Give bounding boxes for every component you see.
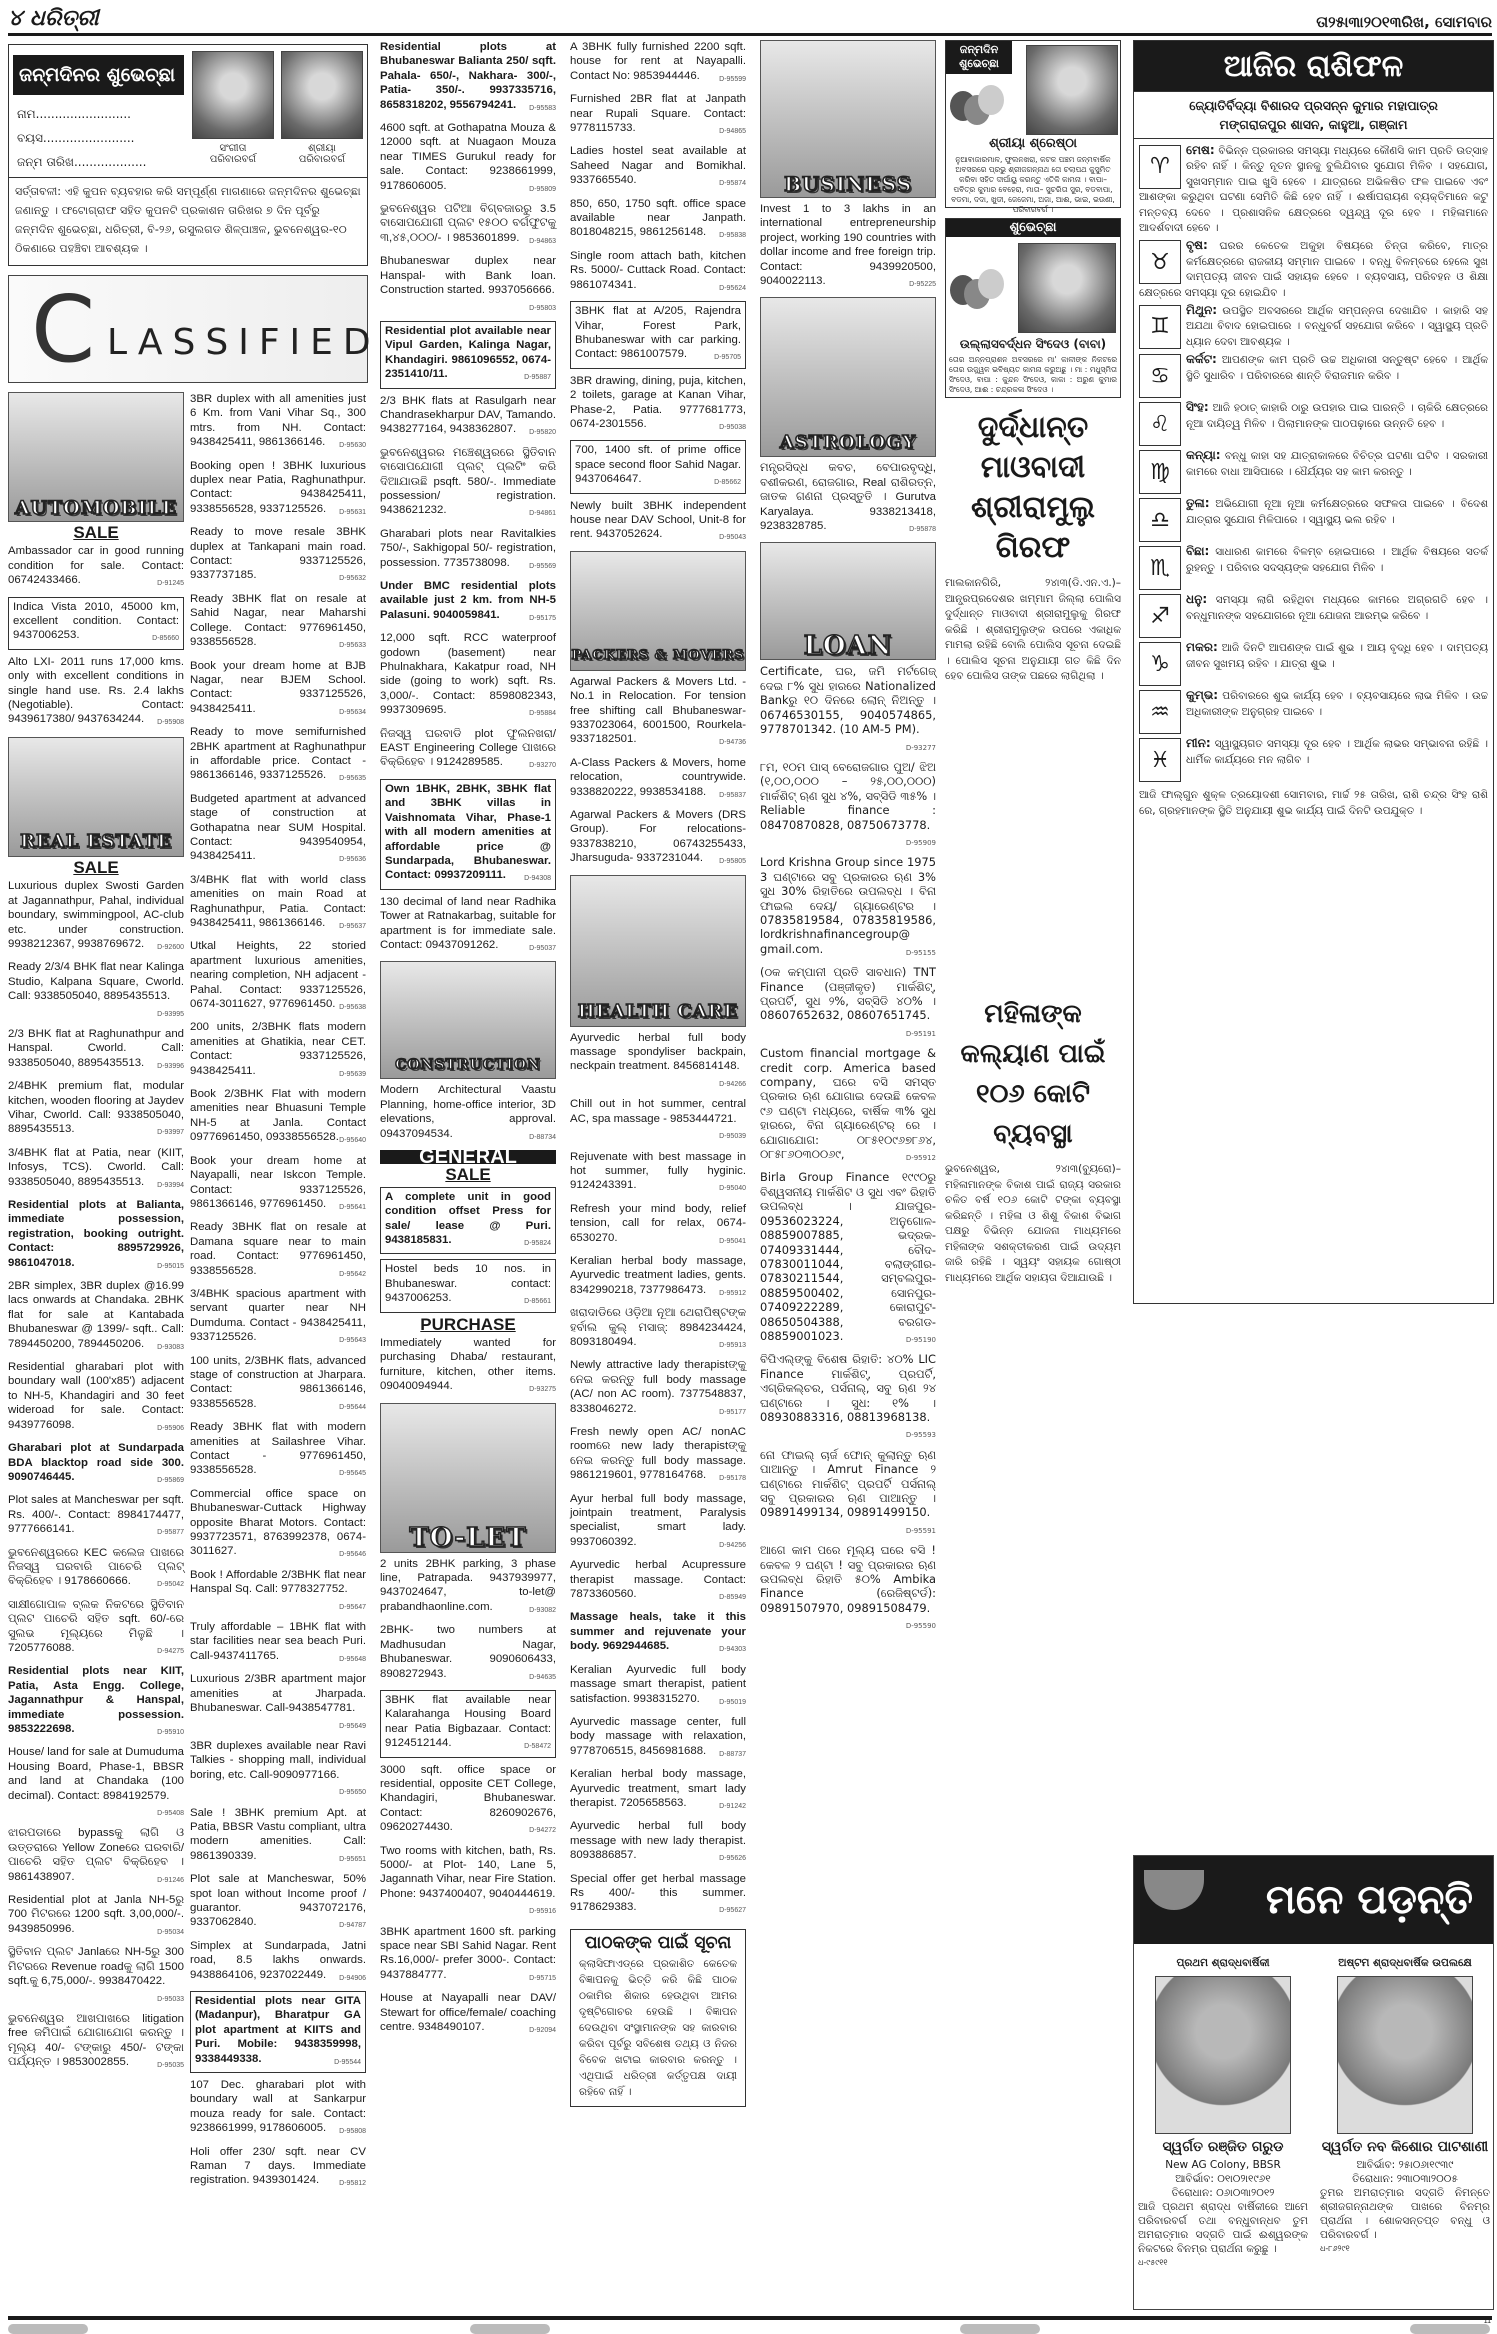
news-body-2: ଭୁବନେଶ୍ୱର, ୨୪ା୩(ବ୍ୟୁରୋ)– ମହିଳାମାନଙ୍କ ବିକ…	[945, 1162, 1121, 1286]
classified-ad: Utkal Heights, 22 storied apartment luxu…	[190, 939, 366, 1015]
classified-ad: Bhubaneswar duplex near Hanspal- with Ba…	[380, 254, 556, 316]
automobile-banner: AUTOMOBILE	[8, 392, 184, 522]
ad-code: D-95599	[719, 73, 746, 87]
classified-ad: ସାକ୍ଷୀଗୋପାଳ ବ୍ଲକ ନିକଟରେ ସ୍ଥିତିବାନ ପ୍ଲଟ ପ…	[8, 1598, 184, 1660]
ad-code: D-95869	[157, 1474, 184, 1488]
ad-code: D-95651	[339, 1853, 366, 1867]
ad-code: D-85660	[152, 632, 179, 646]
tolet-banner: TO-LET	[380, 1403, 556, 1553]
memorial-person: ଅଷ୍ଟମ ଶ୍ରାଦ୍ଧବାର୍ଷିକ ଉପଲକ୍ଷେ ସ୍ୱର୍ଗତ ନବ …	[1320, 1956, 1490, 2256]
classified-ad: Plot sale at Mancheswar, 50% spot loan w…	[190, 1872, 366, 1934]
ad-code: D-92600	[157, 941, 184, 955]
wish-greeting: ଶୁଭେଚ୍ଛା ଉଲ୍ଲାସବର୍ଦ୍ଧନ ସିଂଦେଓ (ବାବା) ତୋର…	[945, 218, 1121, 398]
classified-ad: Gharabari plot at Sundarpada BDA blackto…	[8, 1441, 184, 1488]
classified-ad: Chill out in hot summer, central AC, spa…	[570, 1097, 746, 1144]
ad-code: D-95638	[339, 1001, 366, 1015]
classified-ad: Furnished 2BR flat at Janpath near Rupal…	[570, 92, 746, 139]
classified-ad: ନୋ ଫାଇଲ୍ ଚାର୍ଜ ଫୋନ୍ କୁଲାନ୍ତୁ ଋଣ ପାଆନ୍ତୁ …	[760, 1448, 936, 1538]
ad-code: D-93997	[157, 1126, 184, 1140]
page-tab	[470, 2324, 550, 2334]
child-photo	[1026, 45, 1118, 135]
memorial-section: ମନେ ପଡ଼ନ୍ତି ପ୍ରଥମ ଶ୍ରାଦ୍ଧବାର୍ଷିକୀ ସ୍ୱର୍ଗ…	[1133, 1855, 1494, 2310]
classified-ad: 3/4BHK spacious apartment with servant q…	[190, 1287, 366, 1349]
classified-ad: Holi offer 230/ sqft. near CV Raman 7 da…	[190, 2145, 366, 2192]
ad-code: D-95640	[339, 1134, 366, 1148]
lion-icon: ♌	[1139, 402, 1181, 446]
ad-code: D-95803	[529, 302, 556, 316]
healthcare-banner: HEALTH CARE	[570, 875, 746, 1027]
ad-code: D-94256	[719, 1539, 746, 1553]
classified-ad: Agarwal Packers & Movers Ltd. - No.1 in …	[570, 675, 746, 751]
ad-code: D-93083	[157, 1341, 184, 1355]
classified-ad: 3000 sqft. office space or residential, …	[380, 1763, 556, 1839]
classified-ad: 3BHK flat available near Kalarahanga Hou…	[380, 1690, 556, 1758]
fish-icon: ♓	[1139, 738, 1181, 782]
loan-banner: LOAN	[760, 542, 936, 660]
classified-ad: Simplex at Sundarpada, Jatni road, 8.5 l…	[190, 1939, 366, 1986]
classified-ad: Two rooms with kitchen, bath, Rs. 5000/-…	[380, 1844, 556, 1920]
classified-ad: Residential plot at Janla NH-5ରୁ 700 ମିଟ…	[8, 1893, 184, 1940]
horoscope-section: ଆଜିର ରାଶିଫଳ ଜ୍ୟୋତିର୍ବିଦ୍ୟା ବିଶାରଦ ପ୍ରସନ୍…	[1133, 40, 1494, 1304]
ad-code: D-95178	[719, 1472, 746, 1486]
classified-ad: Gharabari plots near Ravitalkies 750/-, …	[380, 527, 556, 574]
ad-code: D-94863	[529, 235, 556, 249]
classified-ad: 2BHK- two numbers at Madhusudan Nagar, B…	[380, 1623, 556, 1685]
classified-ad: Special offer get herbal massage Rs 400/…	[570, 1872, 746, 1919]
horoscope-title: ଆଜିର ରାଶିଫଳ	[1133, 40, 1494, 92]
ad-code: D-93270	[529, 759, 556, 773]
classified-ad: 107 Dec. gharabari plot with boundary wa…	[190, 2078, 366, 2140]
classified-ad: Ready to move resale 3BHK duplex at Tank…	[190, 525, 366, 587]
ad-code: D-95645	[339, 1467, 366, 1481]
ad-code: D-95040	[719, 1182, 746, 1196]
news-body-1: ମାଲକାନଗିରି, ୨୪ା୩(ଡି.ଏନ.ଏ.)– ଆନ୍ଧ୍ରପ୍ରଦେଶ…	[945, 576, 1121, 986]
photo-shriya	[281, 51, 363, 139]
classified-ad: 2BR simplex, 3BR duplex @16.99 lacs onwa…	[8, 1279, 184, 1355]
classified-ad: Ayurvedic herbal Acupressure therapist m…	[570, 1558, 746, 1605]
classified-ad: 3BR duplex with all amenities just 6 Km.…	[190, 392, 366, 454]
horoscope-sign: ♏ବିଛା: ସାଧାରଣ କାମରେ ବିଳମ୍ବ ହୋଇପାରେ । ଆର୍…	[1139, 544, 1488, 590]
photo-caption: ସଂଗୀତାପରିବାରବର୍ଗ	[192, 143, 274, 165]
classified-ad: Ladies hostel seat available at Saheed N…	[570, 144, 746, 191]
classified-ad: Keralian herbal body massage, Ayurvedic …	[570, 1767, 746, 1814]
page-label: ୪ ଧରିତ୍ରୀ	[8, 6, 99, 31]
horoscope-sign: ♒କୁମ୍ଭ: ପରିବାରରେ ଶୁଭ କାର୍ଯ୍ୟ ହେବ । ବ୍ୟବସ…	[1139, 688, 1488, 734]
classified-ad: Ready 3BHK flat on resale at Sahid Nagar…	[190, 592, 366, 654]
classified-ad: Modern Architectural Vaastu Planning, ho…	[380, 1083, 556, 1145]
ad-code: D-95590	[906, 1619, 936, 1633]
panji-note: ଆଜି ଫାଲ୍‌ଗୁନ ଶୁକ୍ଳ ତ୍ରୟୋଦଶୀ ସୋମବାର, ମାର୍…	[1139, 788, 1488, 819]
ad-code: D-85662	[714, 476, 741, 490]
ad-code: D-93277	[906, 741, 936, 755]
ad-code: D-95635	[339, 772, 366, 786]
classified-ad: Commercial office space on Bhubaneswar-C…	[190, 1487, 366, 1563]
business-banner: BUSINESS	[760, 40, 936, 198]
ad-code: D-95820	[529, 426, 556, 440]
reader-notice: ପାଠକଙ୍କ ପାଇଁ ସୂଚନା କ୍ଲାସିଫାଏଡ୍‌ରେ ପ୍ରକାଶ…	[570, 1929, 746, 2107]
memorial-person: ପ୍ରଥମ ଶ୍ରାଦ୍ଧବାର୍ଷିକୀ ସ୍ୱର୍ଗତ ରଞ୍ଜିତ ଗରୁ…	[1138, 1956, 1308, 2270]
classified-ad: Refresh your mind body, relief tension, …	[570, 1202, 746, 1249]
dob-field[interactable]: ଜନ୍ମ ତାରିଖ...................	[17, 155, 146, 170]
classified-ad: Single room attach bath, kitchen Rs. 500…	[570, 249, 746, 296]
ad-code: D-95916	[529, 1905, 556, 1919]
classified-ad: Hostel beds 10 nos. in Bhubaneswar. cont…	[380, 1259, 556, 1312]
classified-ad: 3BR drawing, dining, puja, kitchen, 2 to…	[570, 374, 746, 436]
classified-ad: Ready to move semifurnished 2BHK apartme…	[190, 725, 366, 787]
classified-ad: Luxurious 2/3BR apartment major amenitie…	[190, 1672, 366, 1734]
ad-code: D-95643	[339, 1334, 366, 1348]
ad-code: D-95043	[719, 531, 746, 545]
classified-ad: Massage heals, take it this summer and r…	[570, 1610, 746, 1657]
ad-code: D-95042	[157, 1578, 184, 1592]
ad-code: D-95824	[524, 1237, 551, 1251]
classified-ad: Fresh newly open AC/ nonAC roomରେ new la…	[570, 1425, 746, 1487]
column-2: 3BR duplex with all amenities just 6 Km.…	[190, 392, 366, 2197]
ad-code: D-94787	[339, 1919, 366, 1933]
birthday-coupon: ଜନ୍ମଦିନର ଶୁଭେଚ୍ଛା ନାମ...................…	[8, 44, 368, 266]
horoscope-sign: ♈ମେଷ: ବିଭିନ୍ନ ପ୍ରକାରର ସମସ୍ୟା ମଧ୍ୟରେ କୌଣସ…	[1139, 143, 1488, 236]
ad-code: D-95175	[529, 612, 556, 626]
horoscope-sign: ♓ମୀନ: ସ୍ୱାସ୍ଥ୍ୟଗତ ସମସ୍ୟା ଦୂର ହେବ । ଆର୍ଥି…	[1139, 736, 1488, 782]
classified-ad: Agarwal Packers & Movers (DRS Group). Fo…	[570, 808, 746, 870]
ad-code: D-95544	[334, 2056, 361, 2070]
ad-code: D-91245	[157, 577, 184, 591]
ad-code: D-95637	[339, 920, 366, 934]
ad-code: D-95033	[157, 1993, 184, 2007]
ad-code: D-94272	[529, 1824, 556, 1838]
classified-ad: Alto LXI- 2011 runs 17,000 kms. only wit…	[8, 655, 184, 731]
ad-code: D-95838	[719, 229, 746, 243]
horoscope-sign: ♌ସିଂହ: ଆଜି ହଠାତ୍ କାହାରି ଠାରୁ ଉପହାର ପାଇ ପ…	[1139, 400, 1488, 446]
sale-heading: SALE	[8, 526, 184, 540]
ad-code: D-95705	[714, 351, 741, 365]
ad-code: D-94303	[719, 1643, 746, 1657]
twins-icon: ♊	[1139, 305, 1181, 349]
page-tab	[960, 2324, 1040, 2334]
classified-ad: ୮ମ, ୧୦ମ ପାସ୍ ବେରୋଜଗାର ପୁଅ/ ଝିଅ (୧,୦୦,୦୦୦…	[760, 760, 936, 850]
diya-lamp-icon	[1144, 1870, 1204, 1910]
classified-ad: Budgeted apartment at advanced stage of …	[190, 792, 366, 868]
ad-code: D-93275	[529, 1383, 556, 1397]
ad-code: D-94865	[719, 125, 746, 139]
ad-code: D-95593	[906, 1428, 936, 1442]
classified-ad: ଖରାଦାଡିରେ ଓଡ଼ିଆ ନୂଆ ଥେରାପିଷ୍ଟଙ୍କ ହର୍ବାଲ …	[570, 1306, 746, 1353]
archer-icon: ♐	[1139, 594, 1181, 638]
packers-banner: PACKERS & MOVERS	[570, 551, 746, 671]
classified-ad: 100 units, 2/3BHK flats, advanced stage …	[190, 1354, 366, 1416]
classified-ad: A complete unit in good condition offset…	[380, 1187, 556, 1255]
classified-ad: 3BR duplexes available near Ravi Talkies…	[190, 1739, 366, 1801]
ad-code: D-95878	[909, 523, 936, 537]
classified-ad: 700, 1400 sft. of prime office space sec…	[570, 440, 746, 493]
column-4: A 3BHK fully furnished 2200 sqft. house …	[570, 40, 746, 2107]
classified-ad: Book ! Affordable 2/3BHK flat near Hansp…	[190, 1568, 366, 1615]
ad-code: D-95626	[719, 1852, 746, 1866]
ad-code: D-95887	[524, 371, 551, 385]
horoscope-sign: ♍କନ୍ୟା: ବନ୍ଧୁ କାହା ସହ ଯାତ୍ରାକାଳରେ ବିଚିତ୍…	[1139, 448, 1488, 494]
column-5: BUSINESS Invest 1 to 3 lakhs in an inter…	[760, 40, 936, 1639]
horoscope-body: ♈ମେଷ: ବିଭିନ୍ନ ପ୍ରକାରର ସମସ୍ୟା ମଧ୍ୟରେ କୌଣସ…	[1133, 139, 1494, 1304]
ad-code: D-95913	[719, 1339, 746, 1353]
ram-icon: ♈	[1139, 145, 1181, 189]
horoscope-sign: ♐ଧନୁ: ସମସ୍ୟା ଲାଗି ରହିଥିବା ମଧ୍ୟରେ କାମରେ ଅ…	[1139, 592, 1488, 638]
maiden-icon: ♍	[1139, 450, 1181, 494]
ad-code: D-95634	[339, 706, 366, 720]
ad-code: D-94275	[157, 1645, 184, 1659]
ad-code: D-94736	[719, 736, 746, 750]
classified-ad: Newly built 3BHK independent house near …	[570, 499, 746, 546]
ad-code: D-95591	[906, 1524, 936, 1538]
ad-code: D-95805	[719, 855, 746, 869]
classified-ad: 3/4BHK flat at Patia, near (KIIT, Infosy…	[8, 1146, 184, 1193]
ad-code: D-94861	[529, 507, 556, 521]
classified-ad: ଭୁବନେଶ୍ୱରରେ KEC କଲେଜ ପାଖରେ ନିଜସ୍ୱ ଘରବାରି…	[8, 1546, 184, 1593]
classified-ad: A 3BHK fully furnished 2200 sqft. house …	[570, 40, 746, 87]
classified-ad: Residential plots near KIIT, Patia, Asta…	[8, 1664, 184, 1740]
classified-ad: Plot sales at Mancheswar per sqft. Rs. 4…	[8, 1493, 184, 1540]
portrait-photo	[1155, 1976, 1291, 2134]
scales-icon: ♎	[1139, 498, 1181, 542]
real-estate-banner: REAL ESTATE	[8, 737, 184, 857]
ad-code: D-95627	[719, 1904, 746, 1918]
classified-ad: 3BHK flat at A/205, Rajendra Vihar, Fore…	[570, 301, 746, 369]
waterbearer-icon: ♒	[1139, 690, 1181, 734]
ad-code: D-95632	[339, 572, 366, 586]
classified-ad: Luxurious duplex Swosti Garden at Jagann…	[8, 879, 184, 955]
classified-ad: A-Class Packers & Movers, home relocatio…	[570, 756, 746, 803]
classified-ad: 850, 650, 1750 sqft. office space availa…	[570, 197, 746, 244]
classified-ad: Residential plots at Balianta, immediate…	[8, 1198, 184, 1274]
sale-heading: SALE	[380, 1168, 556, 1182]
ad-code: D-95225	[909, 278, 936, 292]
birthday-greeting: ଜନ୍ମଦିନ ଶୁଭେଚ୍ଛା ଶ୍ରୀୟା ଶ୍ରେଷ୍ଠା ନୁଆବାଜା…	[945, 40, 1121, 208]
ad-code: D-95177	[719, 1406, 746, 1420]
classified-ad: Ready 3BHK flat on resale at Damana squa…	[190, 1220, 366, 1282]
ad-code: D-95035	[157, 2059, 184, 2073]
ad-code: D-95019	[719, 1696, 746, 1710]
ad-code: D-95636	[339, 853, 366, 867]
classified-ad: Truly affordable – 1BHK flat with star f…	[190, 1620, 366, 1667]
bull-icon: ♉	[1139, 240, 1181, 284]
ad-code: D-95909	[906, 836, 936, 850]
classified-ad: Certificate, ଘର, ଜମି ମର୍ଟଗେଜ୍ ଦେଇ ୮% ସୁଧ…	[760, 664, 936, 754]
ad-code: D-95034	[157, 1926, 184, 1940]
ad-code: D-95877	[157, 1526, 184, 1540]
ad-code: D-95041	[719, 1235, 746, 1249]
classified-ad: Booking open ! 3BHK luxurious duplex nea…	[190, 459, 366, 521]
ad-code: D-95908	[157, 716, 184, 730]
classified-ad: Keralian herbal body massage, Ayurvedic …	[570, 1254, 746, 1301]
coupon-terms: ସର୍ତ୍ତାବଳୀ: ଏହି କୁପନ ବ୍ୟବହାର କରି ସମ୍ପୂର୍…	[9, 177, 367, 262]
ad-code: D-93994	[157, 1179, 184, 1193]
column-1: AUTOMOBILE SALE Ambassador car in good r…	[8, 392, 184, 2079]
classified-ad: Book your dream home at BJB Nagar, near …	[190, 659, 366, 721]
goat-icon: ♑	[1139, 642, 1181, 686]
classified-ad: 2 units 2BHK parking, 3 phase line, Patr…	[380, 1557, 556, 1619]
ad-code: D-95644	[339, 1401, 366, 1415]
ad-code: D-91242	[719, 1800, 746, 1814]
memorial-banner: ମନେ ପଡ଼ନ୍ତି	[1134, 1856, 1493, 1944]
classified-ad: Keralian Ayurvedic full body massage sma…	[570, 1663, 746, 1710]
ad-code: D-95648	[339, 1653, 366, 1667]
ad-code: D-95630	[339, 439, 366, 453]
page-header: ୪ ଧରିତ୍ରୀ ତା୨୫ା୩ା୨୦୧୩ରିଖ, ସୋମବାର	[8, 4, 1492, 36]
classified-ad: 4600 sqft. at Gothapatna Mouza & 12000 s…	[380, 121, 556, 197]
ad-code: D-95639	[339, 1068, 366, 1082]
classified-ad: 12,000 sqft. RCC waterproof godown (base…	[380, 631, 556, 721]
ad-code: D-95812	[339, 2177, 366, 2191]
ad-code: D-95583	[529, 102, 556, 116]
classified-ad: ବିପିଏଲ୍‌ଙ୍କୁ ବିଶେଷ ରିହାତି: ୪୦% LIC Finan…	[760, 1352, 936, 1442]
ad-code: D-95190	[906, 1333, 936, 1347]
horoscope-sign: ♎ତୁଳା: ଅଭିଯୋଗୀ ନୂଆ ନୂଆ କର୍ମକ୍ଷେତ୍ରରେ ସଫଳ…	[1139, 496, 1488, 542]
classified-ad: ଭୁବନେଶ୍ୱରର ମଞ୍ଚେଶ୍ୱରରେ ସ୍ଥିତିବାନ ବାସୋପଯୋ…	[380, 446, 556, 522]
horoscope-sign: ♋କର୍କଟ: ଆପଣଙ୍କ କାମ ପ୍ରତି ଉଚ୍ଚ ଅଧିକାରୀ ସନ…	[1139, 352, 1488, 398]
ad-code: D-93996	[157, 1060, 184, 1074]
ad-code: D-95647	[339, 1601, 366, 1615]
ad-code: D-94635	[529, 1671, 556, 1685]
ad-code: D-95649	[339, 1720, 366, 1734]
portrait-photo	[1337, 1976, 1473, 2134]
ad-code: D-91246	[157, 1874, 184, 1888]
ad-code: D-95015	[157, 1260, 184, 1274]
ad-code: D-95809	[529, 183, 556, 197]
classified-ad: Under BMC residential plots available ju…	[380, 579, 556, 626]
ad-code: D-95038	[719, 421, 746, 435]
ad-code: D-95650	[339, 1786, 366, 1800]
classified-ad: Own 1BHK, 2BHK, 3BHK flat and 3BHK villa…	[380, 779, 556, 890]
horoscope-sign: ♑ମକର: ଆଜି ଦିନଟି ଆପଣଙ୍କ ପାଇଁ ଶୁଭ । ଆୟ ବୃଦ…	[1139, 640, 1488, 686]
ad-code: D-95912	[719, 1287, 746, 1301]
news-headline-1: ଦୁର୍ଦ୍ଧାନ୍ତ ମାଓବାଦୀ ଶ୍ରୀରାମୁଲୁ ଗିରଫ	[945, 408, 1121, 568]
classified-ad: Indica Vista 2010, 45000 km, excellent c…	[8, 597, 184, 650]
classified-ad: ଭୁବନେଶ୍ୱର ଆଖପାଖରେ litigation free ଜମିପାଇ…	[8, 2012, 184, 2074]
classified-ad: Sale ! 3BHK premium Apt. at Patia, BBSR …	[190, 1806, 366, 1868]
photo-caption: ଶ୍ରୀୟାପରିବାରବର୍ଗ	[281, 143, 363, 165]
ad-code: D-95874	[719, 177, 746, 191]
construction-banner: CONSTRUCTION	[380, 961, 556, 1079]
astrology-banner: ASTROLOGY	[760, 297, 936, 457]
ad-code: D-95039	[719, 1130, 746, 1144]
classified-ad: Ready 2/3/4 BHK flat near Kalinga Studio…	[8, 960, 184, 1022]
ad-code: D-93082	[529, 1604, 556, 1618]
page-date: ତା୨୫ା୩ା୨୦୧୩ରିଖ, ସୋମବାର	[1316, 13, 1492, 31]
classified-ad: Rejuvenate with best massage in hot summ…	[570, 1150, 746, 1197]
classified-ad: ମନ୍ତ୍ରସିଦ୍ଧ କବଚ, ବେପାରବୃଦ୍ଧି, ବଶୀକରଣ, ରୋ…	[760, 461, 936, 537]
horoscope-sign: ♉ବୃଷ: ଘରର କେତେକ ଅକୁହା ବିଷୟରେ ଚିନ୍ତା କରିବ…	[1139, 238, 1488, 301]
classified-ad: ଝାରପଡାରେ bypassକୁ ଲାଗି ଓ ଉତ୍ତରାରେ Yellow…	[8, 1826, 184, 1888]
ad-code: D-95910	[157, 1726, 184, 1740]
classified-ad: 2/4BHK premium flat, modular kitchen, wo…	[8, 1079, 184, 1141]
classified-ad: Ayurvedic massage center, full body mass…	[570, 1715, 746, 1762]
classified-ad: House/ land for sale at Dumuduma Housing…	[8, 1745, 184, 1821]
ad-code: D-95912	[906, 1151, 936, 1165]
purchase-heading: PURCHASE	[380, 1318, 556, 1332]
classified-ad: Invest 1 to 3 lakhs in an international …	[760, 202, 936, 292]
classified-ad: Ready 3BHK flat with modern amenities at…	[190, 1420, 366, 1482]
astrologer-credit: ଜ୍ୟୋତିର୍ବିଦ୍ୟା ବିଶାରଦ ପ୍ରସନ୍ନ କୁମାର ମହାପ…	[1133, 92, 1494, 139]
classified-ad: Ayur herbal full body massage, jointpain…	[570, 1492, 746, 1554]
ad-code: D-94266	[719, 1078, 746, 1092]
ad-code: D-95624	[719, 282, 746, 296]
page-tab	[8, 2324, 88, 2334]
classified-ad: 130 decimal of land near Radhika Tower a…	[380, 895, 556, 957]
classified-ad: Newly attractive lady therapistଙ୍କୁ ନେଇ …	[570, 1358, 746, 1420]
classified-banner: C LASSIFIED	[8, 275, 368, 383]
ad-code: D-95569	[529, 560, 556, 574]
classified-ad: ନିଜସ୍ୱ ଘରବାଡି plot ଫୁଲନଖରା/ EAST Enginee…	[380, 727, 556, 774]
general-heading: GENERAL	[380, 1150, 556, 1164]
classified-ad: Book 2/3BHK Flat with modern amenities n…	[190, 1087, 366, 1149]
classified-ad: Lord Krishna Group since 1975 3 ଘଣ୍ଟାରେ …	[760, 855, 936, 960]
ad-code: D-95631	[339, 506, 366, 520]
ad-code: D-85949	[719, 1591, 746, 1605]
classified-ad: Birla Group Finance ୧୯୯୦ରୁ ବିଶ୍ୱସନୀୟ ମାର…	[760, 1170, 936, 1347]
classified-ad: Residential plots near GITA (Madanpur), …	[190, 1991, 366, 2073]
ad-code: D-95837	[719, 789, 746, 803]
classified-ad: Ambassador car in good running condition…	[8, 544, 184, 591]
age-field[interactable]: ବୟସ........................	[17, 131, 134, 146]
ad-code: D-88734	[529, 1131, 556, 1145]
classified-ad: 3/4BHK flat with world class amenities o…	[190, 873, 366, 935]
page-footer-rule	[8, 2316, 1492, 2320]
classified-ad: Ayurvedic herbal full body message with …	[570, 1819, 746, 1866]
classified-ad: Residential plot available near Vipul Ga…	[380, 321, 556, 389]
classified-ad: Immediately wanted for purchasing Dhaba/…	[380, 1336, 556, 1398]
ad-code: D-95642	[339, 1268, 366, 1282]
ad-code: D-95906	[157, 1422, 184, 1436]
column-3: Residential plots at Bhubaneswar Baliant…	[380, 40, 556, 2043]
ad-code: D-95191	[906, 1027, 936, 1041]
ad-code: D-85661	[524, 1295, 551, 1309]
classified-ad: ଭୁବନେଶ୍ୱର ପଟିଆ ବିଗ୍‌ବଜାରରୁ 3.5 ବାସୋପଯୋଗୀ…	[380, 202, 556, 249]
ad-code: D-88737	[719, 1748, 746, 1762]
ad-code: D-95808	[339, 2125, 366, 2139]
classified-ad: 3BHK apartment 1600 sft. parking space n…	[380, 1925, 556, 1987]
classified-ad: ଆଗେ କାମ ପରେ ମୂଲ୍ୟ ଘରେ ବସି ! କେବଳ ୨ ଘଣ୍ଟା…	[760, 1543, 936, 1633]
ad-code: D-95884	[529, 707, 556, 721]
crab-icon: ♋	[1139, 354, 1181, 398]
classified-ad: 200 units, 2/3BHK flats modern amenities…	[190, 1020, 366, 1082]
ad-code: D-95641	[339, 1201, 366, 1215]
classified-ad: Residential plots at Bhubaneswar Baliant…	[380, 40, 556, 116]
sale-heading: SALE	[8, 861, 184, 875]
ad-code: D-95715	[529, 1972, 556, 1986]
ad-code: D-94308	[524, 872, 551, 886]
ad-code: D-95408	[157, 1807, 184, 1821]
classified-ad: Ayurvedic herbal full body massage spond…	[570, 1031, 746, 1093]
ad-code: D-95646	[339, 1548, 366, 1562]
classified-ad: (ଠକ କମ୍ପାନୀ ପ୍ରତି ସାବଧାନ) TNT Finance (ପ…	[760, 965, 936, 1041]
ad-code: D-95633	[339, 639, 366, 653]
ad-code: D-92094	[529, 2024, 556, 2038]
baby-photo	[1018, 243, 1116, 333]
ad-code: D-95155	[906, 946, 936, 960]
classified-ad: Custom financial mortgage & credit corp.…	[760, 1046, 936, 1165]
classified-ad: 2/3 BHK flat at Raghunathpur and Hanspal…	[8, 1027, 184, 1074]
column-6: ଜନ୍ମଦିନ ଶୁଭେଚ୍ଛା ଶ୍ରୀୟା ଶ୍ରେଷ୍ଠା ନୁଆବାଜା…	[945, 40, 1121, 1286]
ad-code: D-95037	[529, 942, 556, 956]
coupon-title: ଜନ୍ମଦିନର ଶୁଭେଚ୍ଛା	[13, 55, 184, 95]
classified-ad: ସ୍ଥିତିବାନ ପ୍ଲଟ Janlaରେ NH-5ରୁ 300 ମିଟରରେ…	[8, 1945, 184, 2007]
balloons-icon	[950, 85, 1010, 135]
horoscope-sign: ♊ମିଥୁନ: ଉପସ୍ଥିତ ଅବସରରେ ଆର୍ଥିକ ସମ୍ପନ୍ନତା …	[1139, 303, 1488, 350]
classified-ad: Residential gharabari plot with boundary…	[8, 1360, 184, 1436]
news-headline-2: ମହିଳାଙ୍କ କଲ୍ୟାଣ ପାଇଁ ୧୦୬ କୋଟି ବ୍ୟବସ୍ଥା	[945, 994, 1121, 1154]
name-field[interactable]: ନାମ.........................	[17, 107, 131, 122]
balloons-icon	[950, 269, 1010, 319]
ad-code: D-94906	[339, 1972, 366, 1986]
